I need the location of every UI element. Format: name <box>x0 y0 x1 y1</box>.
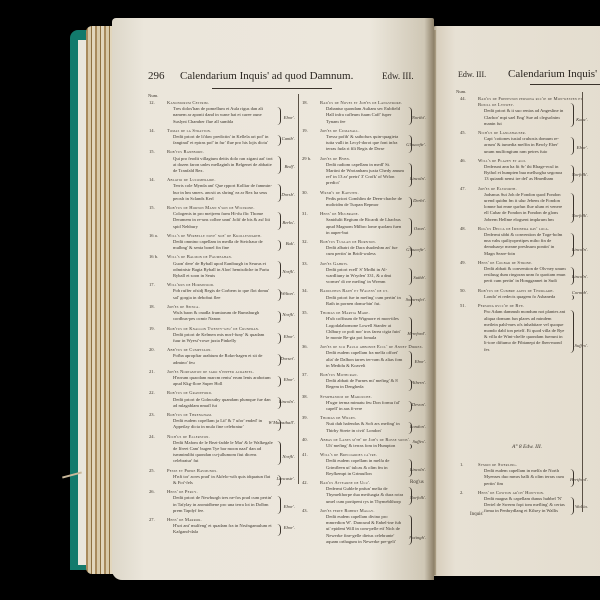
entry: 20.Abb'tus de Cumpstaon.Pofba apropfiar … <box>167 347 295 366</box>
right-reign: Edw. III. <box>458 70 486 79</box>
entry: 15.Rob'tus de Horton Mann n'son de Wiltr… <box>167 205 295 230</box>
entry: 31.Hens' de Mulbrane.Sanidulit Regium de… <box>320 211 426 236</box>
entry: 22.Rob'tus de Graweford.Dedit priori de … <box>167 390 295 409</box>
column-divider <box>582 92 583 512</box>
entry: 34.Radulphus Rath' et Walens' de ut.Dedi… <box>320 288 426 307</box>
entry: 37.Rob'tus Mothcran.Dedit abbati de Furn… <box>320 372 426 391</box>
entry: 18.Joh'es de Spinca.Wuls baon & cnadla f… <box>167 304 295 323</box>
entry: 30.Wrsm's de Kapsten.Pedis priori Comhli… <box>320 190 426 209</box>
entry: 33.Joh'es Gahrts.Dedit priori ecell' S' … <box>320 261 426 286</box>
entry: 24.Nich'us de Ellerston.Dedit Mafom de l… <box>167 434 295 465</box>
entry: 19.Rob'tus de Knallon Twenty-geu' de Cru… <box>167 326 295 345</box>
entry: 44.Rad'us de Frepeston persona rcc'ie de… <box>478 96 588 127</box>
left-column-a: 12.Kanoniorum Cestrim.Tres dolos'han de … <box>167 100 295 539</box>
entry: 18.Rad'us de Noves et Joh'es de Langstro… <box>320 100 426 125</box>
entry: 27.Hens' de Marror.H'uri ant' mulfeng' e… <box>167 517 295 536</box>
right-subheading: A° 8 Edw. III. <box>512 444 542 450</box>
entry: 21.Joh'es Nortamton de saro n'eppfer acr… <box>167 369 295 388</box>
entry: 1.Symon de Swerling.Dedit eudem capellam… <box>478 462 588 487</box>
entry: 14.Ablatio de Lucomeraire.Terris cole My… <box>167 177 295 202</box>
right-num-label: Num. <box>456 89 466 95</box>
entry: 40.Abbas de Lanes m'th' de Joh's de Ross… <box>320 437 426 449</box>
page-number: 296 <box>148 70 165 82</box>
entry: 12.Kanoniorum Cestrim.Tres dolos'han de … <box>167 100 295 125</box>
catchword: Rog'us <box>410 480 424 485</box>
title-rule <box>212 88 332 89</box>
title-rule <box>530 84 600 85</box>
entry: 16 a.Will's de Wirbelle nove' noe' de Kk… <box>167 233 295 252</box>
entry: 15.Rob'tus Raneborn.Qui pro feodit villa… <box>167 149 295 174</box>
entry: 19.Joh'es de Cumanall.Tressr pofib' & sa… <box>320 128 426 153</box>
entry: 26.Hens' de Percy.Dedit priori de Newbur… <box>167 489 295 514</box>
entry: 41.Will's de Brecoardes ca'tre.Dedit eud… <box>320 452 426 477</box>
entry: 46.Will's de Plazey et alii.Dederunt ann… <box>478 158 588 183</box>
entry: 17.Will'mus de Hormwood.Pob ruffer ofsid… <box>167 282 295 301</box>
entry: 43.Joh'es ferte Robert Maggy.Dedit eudem… <box>320 508 426 545</box>
entry: 51.Persona rvcc'ie de Rye.Pro Adam dammu… <box>478 303 588 353</box>
entry: 35.Thomas de Martia Mare.H'ub coffisum d… <box>320 310 426 341</box>
entry: 2.Hens' de Cowton ar'ch' Howyton.Dedit m… <box>478 490 588 515</box>
entry: 39.Thomas de Wrlpn.Nuti dub hafendas & S… <box>320 415 426 434</box>
entry: 29 b.Joh'es de Bybn.Dedit radiom capella… <box>320 156 426 187</box>
entry: 49.Hens' de Colbar de Strone.Dedit abbat… <box>478 260 588 285</box>
entry: 25.Pesse et Prere Ravmunds.H'nfi tor' ac… <box>167 468 295 487</box>
entry: 23.Rob'tus de Threngham.Dedit eudem cope… <box>167 412 295 431</box>
right-catchword: Inquis' <box>470 512 483 517</box>
num-label: Num. <box>148 93 158 99</box>
running-title: Calendarium Inquis' ad quod Damnum. <box>180 70 353 82</box>
entry: 32.Rob'tus Tuglan de Bornton.Dedit albat… <box>320 239 426 258</box>
entry: 45.Nich'us de Langshauser.Capi 'cotiones… <box>478 130 588 155</box>
entry: 50.Rob'tus de Cumbre ageis de Thurgarh.L… <box>478 288 588 300</box>
reign: Edw. III. <box>382 71 414 81</box>
left-page: 296 Calendarium Inquis' ad quod Damnum. … <box>112 18 434 580</box>
entry: 36.Joh'es de sco Paulo abbonne Eccl' de … <box>320 344 426 369</box>
right-page: Edw. III. Calendarium Inquis' ad quo Num… <box>430 26 600 576</box>
right-running-title: Calendarium Inquis' ad quo <box>508 68 600 80</box>
entry: 16 b.Will's de Balmon de Paumeahan.Guon'… <box>167 254 295 279</box>
entry: 38.Symphanium de Marouche.H'ugrr terma m… <box>320 394 426 413</box>
entry: 48.Rog'us Decca de Imsinera rav' loca.De… <box>478 226 588 257</box>
entry: 47.Joh'es de Elsworth.Jadsmus Sut Joh de… <box>478 186 588 223</box>
column-divider <box>298 94 299 484</box>
entry: 14.Tomas de la Stratton.Dedit priori de … <box>167 128 295 147</box>
right-column-a: 44.Rad'us de Frepeston persona rcc'ie de… <box>478 96 588 356</box>
right-column-b: 1.Symon de Swerling.Dedit eudem capellam… <box>478 462 588 518</box>
